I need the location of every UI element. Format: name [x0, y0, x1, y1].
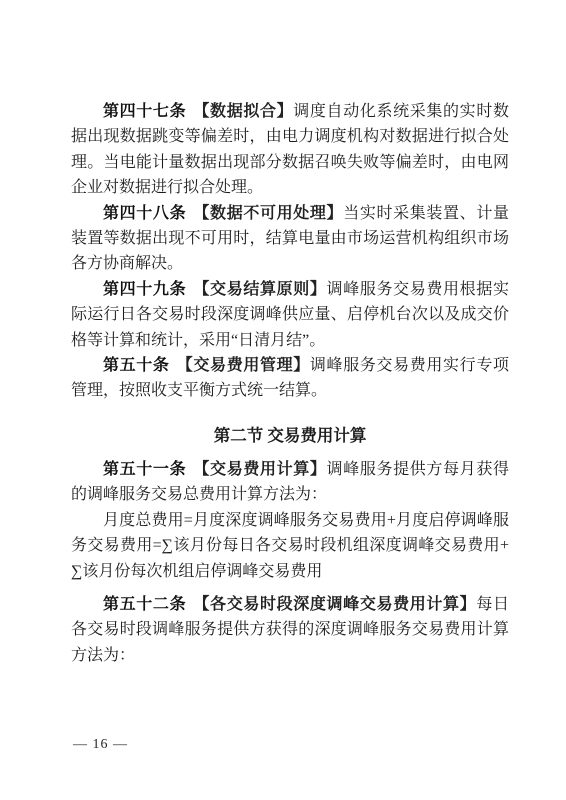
article-number: 第四十九条 [103, 281, 186, 298]
article-paragraph-48: 第四十八条【数据不可用处理】当实时采集装置、计量装置等数据出现不可用时，结算电量… [71, 201, 509, 277]
article-paragraph-52: 第五十二条【各交易时段深度调峰交易费用计算】每日各交易时段调峰服务提供方获得的深… [71, 592, 509, 668]
article-number: 第四十八条 [103, 205, 186, 222]
article-number: 第五十一条 [103, 461, 186, 478]
article-title-tag: 【交易费用计算】 [193, 461, 326, 478]
document-body: 第四十七条【数据拟合】调度自动化系统采集的实时数据出现数据跳变等偏差时，由电力调… [71, 99, 509, 668]
page-number: — 16 — [73, 737, 128, 753]
article-title-tag: 【交易费用管理】 [177, 357, 310, 374]
article-title-tag: 【各交易时段深度调峰交易费用计算】 [193, 596, 476, 613]
article-number: 第五十二条 [103, 596, 186, 613]
formula-paragraph: 月度总费用=月度深度调峰服务交易费用+月度启停调峰服务交易费用=∑该月份每日各交… [71, 508, 509, 584]
article-paragraph-51: 第五十一条【交易费用计算】调峰服务提供方每月获得的调峰服务交易总费用计算方法为： [71, 457, 509, 508]
article-title-tag: 【交易结算原则】 [193, 281, 326, 298]
article-number: 第五十条 [103, 357, 170, 374]
article-title-tag: 【数据不可用处理】 [193, 205, 343, 222]
article-paragraph-50: 第五十条【交易费用管理】调峰服务交易费用实行专项管理，按照收支平衡方式统一结算。 [71, 353, 509, 404]
document-page: 第四十七条【数据拟合】调度自动化系统采集的实时数据出现数据跳变等偏差时，由电力调… [0, 0, 566, 800]
article-number: 第四十七条 [103, 103, 186, 120]
article-paragraph-49: 第四十九条【交易结算原则】调峰服务交易费用根据实际运行日各交易时段深度调峰供应量… [71, 277, 509, 353]
section-heading: 第二节 交易费用计算 [71, 423, 509, 449]
article-title-tag: 【数据拟合】 [193, 103, 293, 120]
article-paragraph-47: 第四十七条【数据拟合】调度自动化系统采集的实时数据出现数据跳变等偏差时，由电力调… [71, 99, 509, 201]
